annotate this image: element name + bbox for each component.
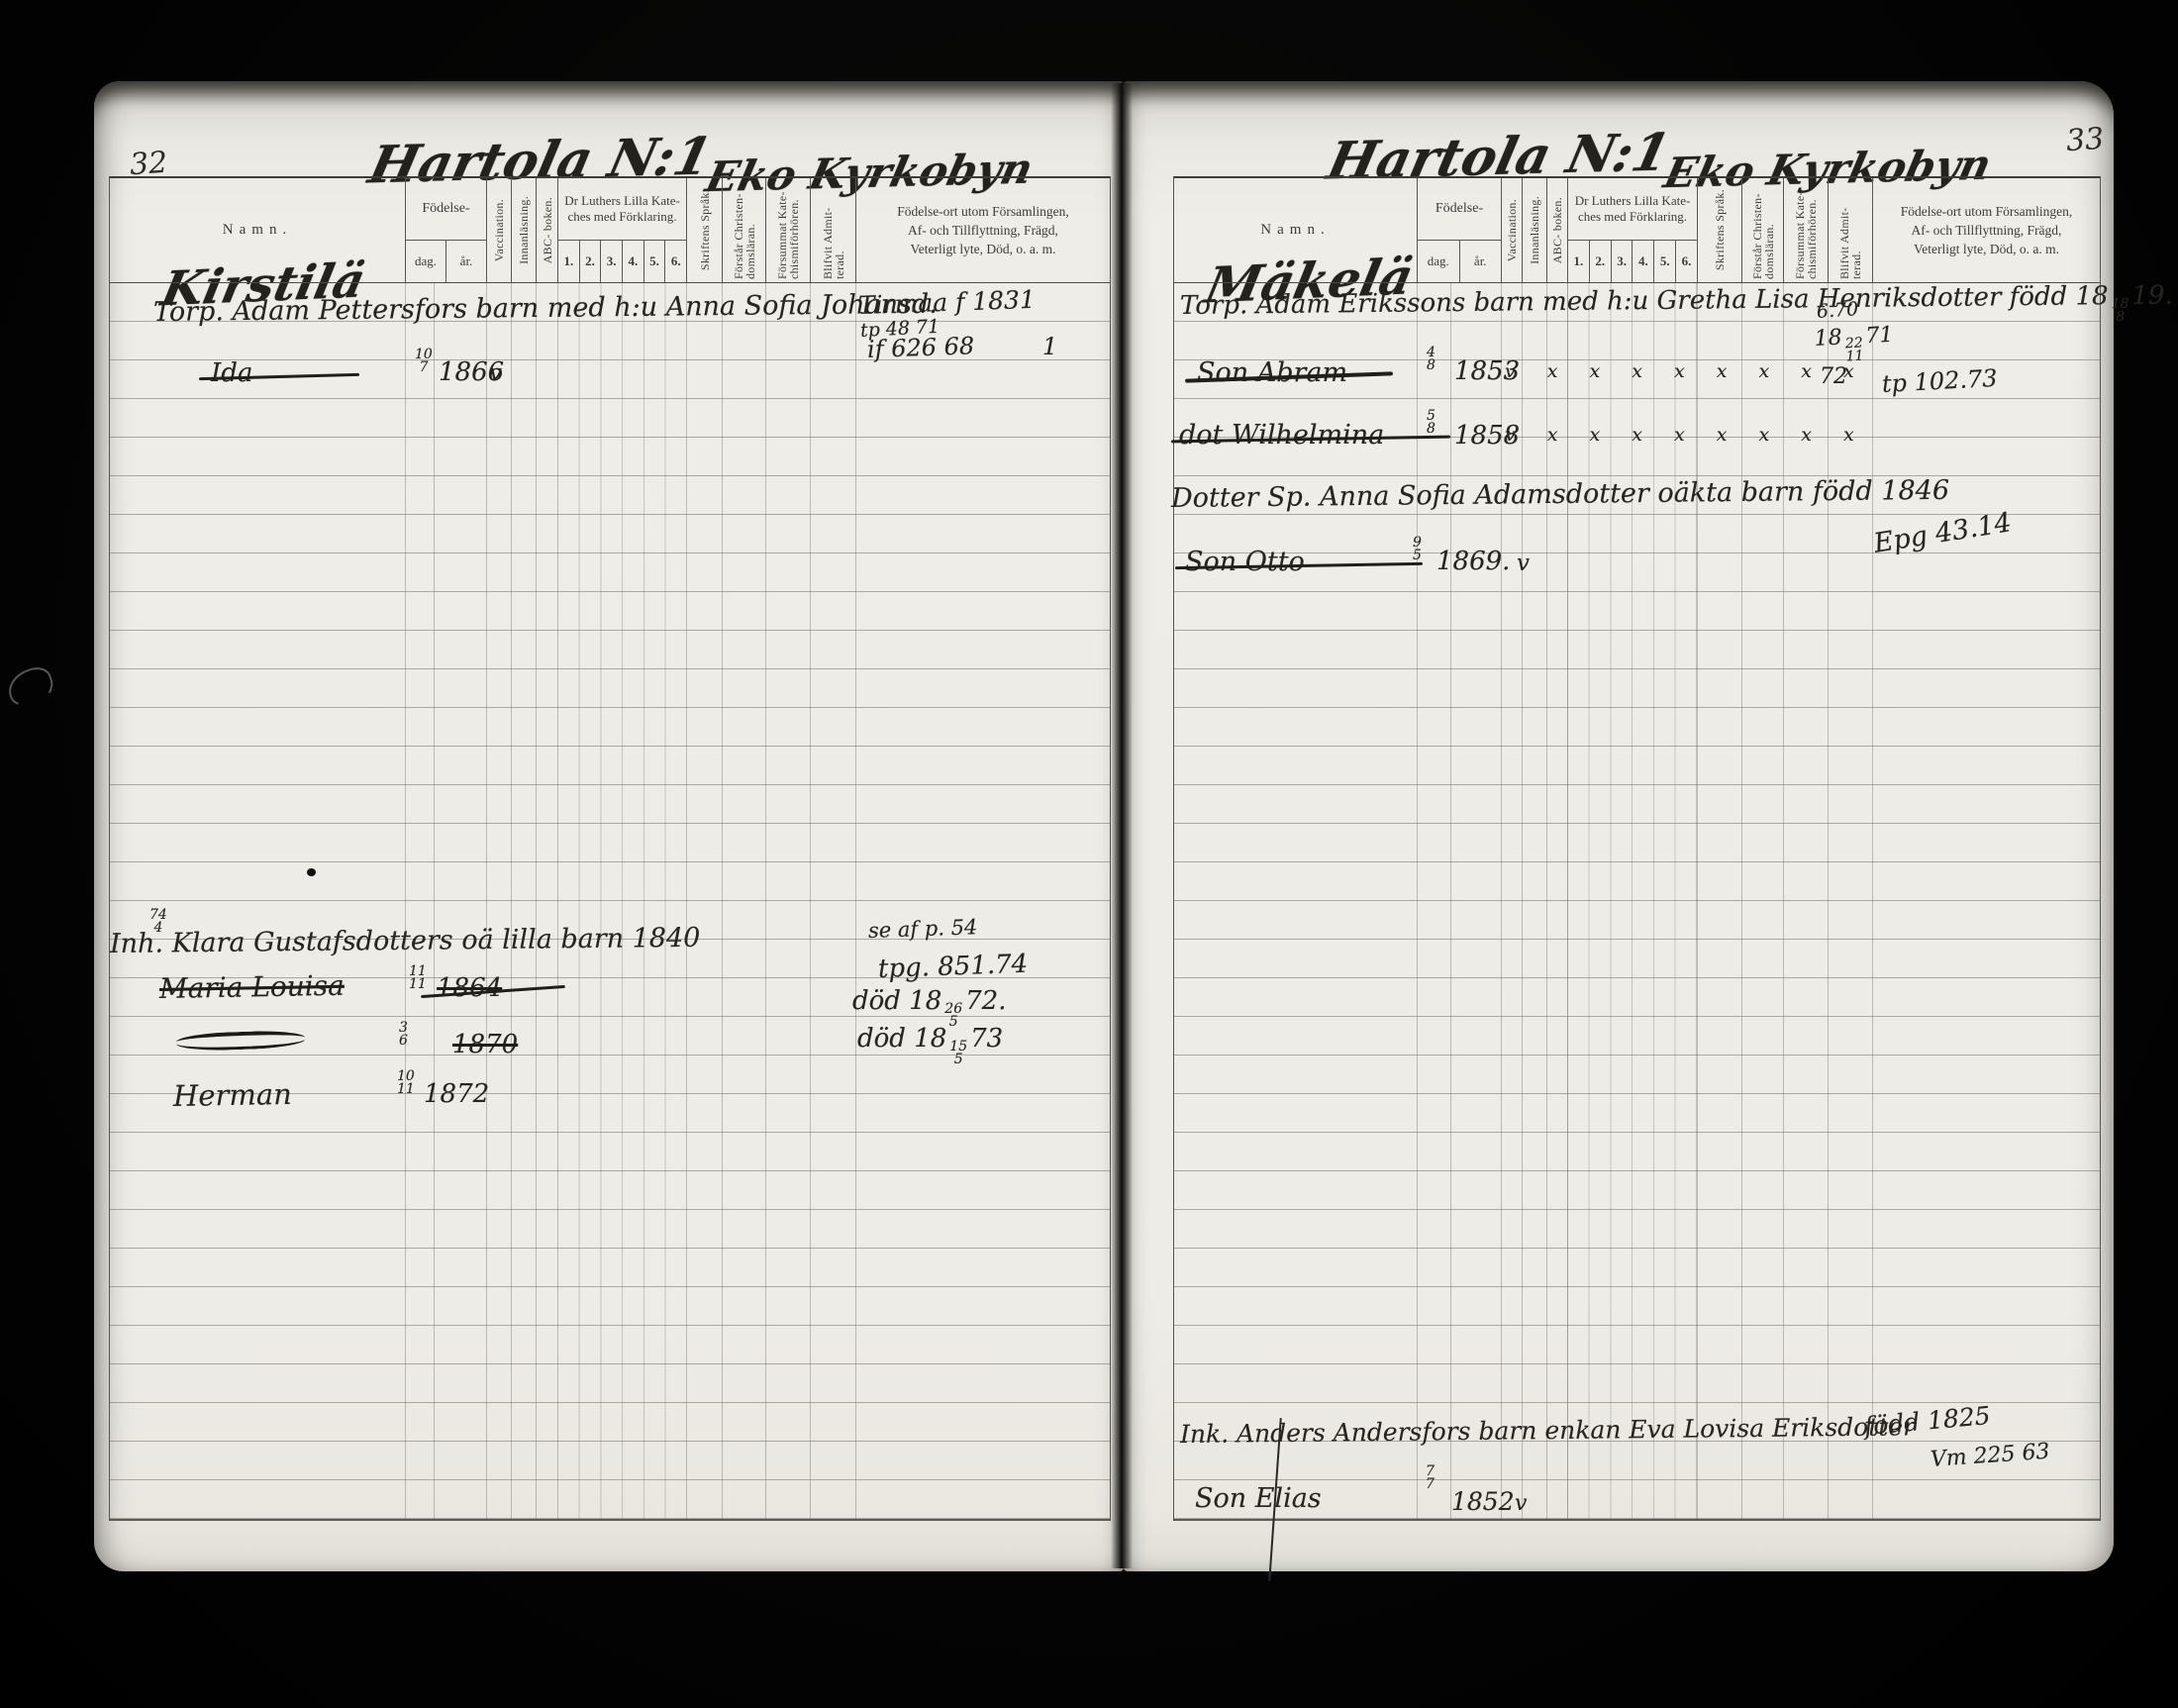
entry-family-head-line: Ink. Anders Andersfors barn enkan Eva Lo… xyxy=(1180,1412,1915,1449)
entry-admitted-note: 18221171 xyxy=(1814,323,1895,364)
entry-birth-year: 1870 xyxy=(452,1030,518,1059)
entry-family-head-line: Torp. Adam Pettersfors barn med h:u Anna… xyxy=(153,289,938,328)
entry-family-head-line: Inh. Klara Gustafsdotters oä lilla barn … xyxy=(110,923,701,959)
entry-check-mark: v xyxy=(1515,1491,1527,1516)
entry-note: se af p. 54 xyxy=(868,915,978,943)
entry-family-head-line: Torp. Adam Erikssons barn med h:u Gretha… xyxy=(1180,280,2173,332)
entry-note: Tirmaa f 1831 xyxy=(857,285,1036,320)
entry-birth-day: 107 xyxy=(415,349,433,373)
entry-child-name: Son Elias xyxy=(1195,1483,1322,1514)
entry-birth-day: 95 xyxy=(1413,537,1422,561)
entry-note: if 626 68 xyxy=(867,332,975,363)
entry-child-name: Son Abram xyxy=(1197,357,1347,388)
entry-birth-year: 1852 xyxy=(1451,1487,1515,1516)
entry-note: Epg 43.14 xyxy=(1872,507,2014,559)
crossed-out-name-scribble xyxy=(176,1030,306,1053)
handwriting-layer-right: Torp. Adam Erikssons barn med h:u Gretha… xyxy=(1124,81,2114,1571)
photo-stage: 32 Hartola N:1 Eko Kyrkobyn Kirstilä Nam… xyxy=(0,0,2178,1708)
entry-note: född 1825 xyxy=(1863,1401,1992,1441)
page-left: 32 Hartola N:1 Eko Kyrkobyn Kirstilä Nam… xyxy=(94,81,1124,1571)
entry-birth-day: 36 xyxy=(399,1022,408,1047)
entry-note: Vm 225 63 xyxy=(1930,1440,2050,1472)
entry-admitted-note: 72 xyxy=(1820,364,1847,389)
entry-child-name: Herman xyxy=(173,1077,292,1113)
entry-check-marks: v x x x x x x x x xyxy=(1505,360,1867,382)
entry-child-name: Son Otto xyxy=(1185,547,1305,577)
entry-birth-day: 58 xyxy=(1427,410,1435,435)
entry-birth-day: 48 xyxy=(1427,347,1435,371)
entry-child-name: dot Wilhelmina xyxy=(1179,420,1384,451)
entry-birth-day: 1011 xyxy=(397,1070,415,1095)
entry-child-name: Maria Louisa xyxy=(159,969,345,1005)
entry-check-mark: v xyxy=(489,360,502,386)
margin-pencil-scribble xyxy=(4,663,58,711)
entry-family-head-line: Dotter Sp. Anna Sofia Adamsdotter oäkta … xyxy=(1171,475,1949,514)
entry-birth-year: 1864 xyxy=(437,973,502,1003)
entry-death-note: död 1826572. xyxy=(852,986,1006,1028)
entry-check-mark: v xyxy=(1517,551,1530,576)
entry-note: 1 xyxy=(1042,333,1057,360)
ink-blot xyxy=(307,868,316,876)
entry-child-name: Ida xyxy=(211,358,252,388)
entry-admitted-note: 6.70 xyxy=(1816,298,1859,323)
entry-birth-day: 1111 xyxy=(409,965,427,990)
entry-birth-day: 77 xyxy=(1426,1465,1435,1490)
entry-birth-year: 1869. xyxy=(1436,547,1510,576)
entry-check-marks: v x x x x x x x x xyxy=(1505,424,1867,446)
entry-birth-year: 1872 xyxy=(424,1079,489,1109)
book-gutter xyxy=(1111,83,1133,1568)
handwriting-layer-left: Torp. Adam Pettersfors barn med h:u Anna… xyxy=(94,81,1124,1571)
page-right: 33 Hartola N:1 Eko Kyrkobyn Mäkelä Namn.… xyxy=(1124,81,2114,1571)
entry-note: tpg. 851.74 xyxy=(877,950,1028,984)
entry-note: tp 102.73 xyxy=(1881,364,1998,398)
entry-death-note: död 1815573 xyxy=(857,1024,1003,1065)
